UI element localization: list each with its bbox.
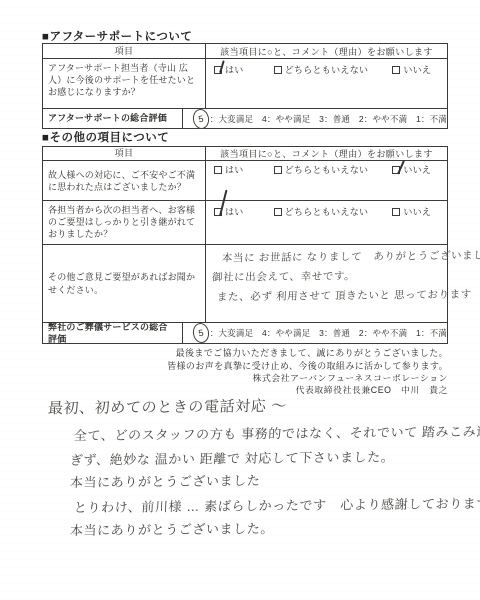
option-no[interactable]: いいえ [392, 63, 431, 76]
comments-label: その他ご意見ご要望があればお聞かせください。 [43, 245, 206, 322]
handwritten-comment-line: 御社に出会えて、幸せです。 [212, 268, 356, 284]
checkbox-icon[interactable] [274, 208, 282, 216]
option-neutral[interactable]: どちらともいえない [274, 205, 369, 218]
closing-line-1: 最後までご協力いただきまして、誠にありがとうございました。 [167, 347, 448, 360]
option-label: どちらともいえない [285, 163, 369, 176]
question-handover: 各担当者から次の担当者へ、お客様のご要望はしっかりと引き継がれておりましたか？ [43, 201, 206, 244]
option-label: はい [225, 205, 244, 218]
closing-message: 最後までご協力いただきまして、誠にありがとうございました。 皆様のお声を真摯に受… [167, 347, 448, 372]
answer-options: はい どちらともいえない いいえ [206, 161, 447, 176]
other-items-table: 項目 該当項目に○と、コメント（理由）をお願いします 故人様への対応に、ご不安や… [42, 146, 448, 344]
option-label: どちらともいえない [285, 205, 369, 218]
table-row-comments: その他ご意見ご要望があればお聞かせください。 本当に お世話に なりまして あり… [43, 244, 447, 322]
column-header-item: 項目 [43, 147, 206, 160]
option-neutral[interactable]: どちらともいえない [274, 163, 369, 176]
handwritten-comment-line: また、必ず 利用させて 頂きたいと 思っております [217, 287, 473, 305]
comments-cell[interactable]: 本当に お世話に なりまして ありがとうございました 御社に出会えて、幸せです。… [206, 245, 447, 322]
checkbox-icon[interactable] [214, 166, 222, 174]
table-row-rating: 弊社のご葬儀サービスの総合評価 5 ：大変満足 4：やや満足 3：普通 2：やや… [43, 322, 447, 343]
rating-scale-text: ：大変満足 4：やや満足 3：普通 2：やや不満 1：不満 [210, 113, 447, 125]
handwritten-comment-line: 本当に お世話に なりまして ありがとうございました [222, 248, 480, 266]
handwritten-note-line: 最初、初めてのときの電話対応 〜 [48, 395, 288, 418]
checkbox-icon[interactable] [214, 66, 222, 74]
option-label: はい [225, 163, 244, 176]
handwritten-note-line: ぎず、絶妙な 温かい 距離で 対応して下さいました。 [70, 446, 395, 468]
check-mark-icon [219, 60, 224, 73]
handwritten-note-line: 本当にありがとうございました。 [70, 518, 275, 539]
table-header-row: 項目 該当項目に○と、コメント（理由）をお願いします [43, 44, 447, 58]
handwritten-note-line: 本当にありがとうございました [70, 470, 261, 491]
table-row: 故人様への対応に、ご不安やご不満に思われた点はございましたか？ はい どちらとも… [43, 160, 447, 200]
checkbox-icon[interactable] [274, 166, 282, 174]
section-title-other-items: ■その他の項目について [42, 129, 169, 145]
question-entrust-support: アフターサポート担当者（寺山 広人）に今後のサポートを任せたいとお感じになります… [43, 59, 206, 108]
option-no[interactable]: いいえ [392, 163, 431, 176]
closing-line-2: 皆様のお声を真摯に受け止め、今後の取組みに活かして参ります。 [167, 360, 448, 373]
option-yes[interactable]: はい [214, 163, 244, 176]
company-signature: 株式会社アーバンフューネスコーポレーション 代表取締役社長兼CEO 中川 貴之 [253, 373, 448, 396]
option-no[interactable]: いいえ [392, 205, 431, 218]
answer-options: はい どちらともいえない いいえ [206, 59, 447, 76]
option-label: はい [225, 63, 244, 76]
question-deceased-care: 故人様への対応に、ご不安やご不満に思われた点はございましたか？ [43, 161, 206, 200]
rating-label: アフターサポートの総合評価 [43, 109, 183, 128]
option-label: いいえ [403, 163, 431, 176]
table-row: 各担当者から次の担当者へ、お客様のご要望はしっかりと引き継がれておりましたか？ … [43, 200, 447, 244]
option-label: いいえ [403, 63, 431, 76]
checkbox-icon[interactable] [392, 66, 400, 74]
rating-scale-text: ：大変満足 4：やや満足 3：普通 2：やや不満 1：不満 [210, 327, 447, 339]
option-label: どちらともいえない [285, 63, 369, 76]
option-label: いいえ [403, 205, 431, 218]
circled-rating-value: 5 [191, 107, 210, 129]
option-neutral[interactable]: どちらともいえない [274, 63, 369, 76]
column-header-answer: 該当項目に○と、コメント（理由）をお願いします [206, 147, 447, 160]
after-support-table: 項目 該当項目に○と、コメント（理由）をお願いします アフターサポート担当者（寺… [42, 43, 448, 129]
option-yes[interactable]: はい [214, 205, 244, 218]
column-header-answer: 該当項目に○と、コメント（理由）をお願いします [206, 44, 447, 58]
scanned-survey-page: ■アフターサポートについて 項目 該当項目に○と、コメント（理由）をお願いします… [0, 0, 480, 600]
checkbox-icon[interactable] [214, 208, 222, 216]
answer-options: はい どちらともいえない いいえ [206, 201, 447, 218]
rating-label: 弊社のご葬儀サービスの総合評価 [43, 323, 183, 343]
section-title-after-support: ■アフターサポートについて [42, 28, 192, 44]
checkbox-icon[interactable] [274, 66, 282, 74]
table-row: アフターサポート担当者（寺山 広人）に今後のサポートを任せたいとお感じになります… [43, 58, 447, 108]
column-header-item: 項目 [43, 44, 206, 58]
checkbox-icon[interactable] [392, 208, 400, 216]
table-row-rating: アフターサポートの総合評価 5 ：大変満足 4：やや満足 3：普通 2：やや不満… [43, 108, 447, 128]
circled-rating-value: 5 [191, 322, 210, 344]
company-name: 株式会社アーバンフューネスコーポレーション [253, 373, 448, 385]
option-yes[interactable]: はい [214, 63, 244, 76]
handwritten-note-line: 全て、どのスタッフの方も 事務的ではなく、それでいて 踏みこみ過 [73, 421, 480, 444]
table-header-row: 項目 該当項目に○と、コメント（理由）をお願いします [43, 147, 447, 160]
checkbox-icon[interactable] [392, 166, 400, 174]
handwritten-note-line: とりわけ、前川様 … 素ばらしかったです 心より感謝しております [73, 493, 480, 516]
